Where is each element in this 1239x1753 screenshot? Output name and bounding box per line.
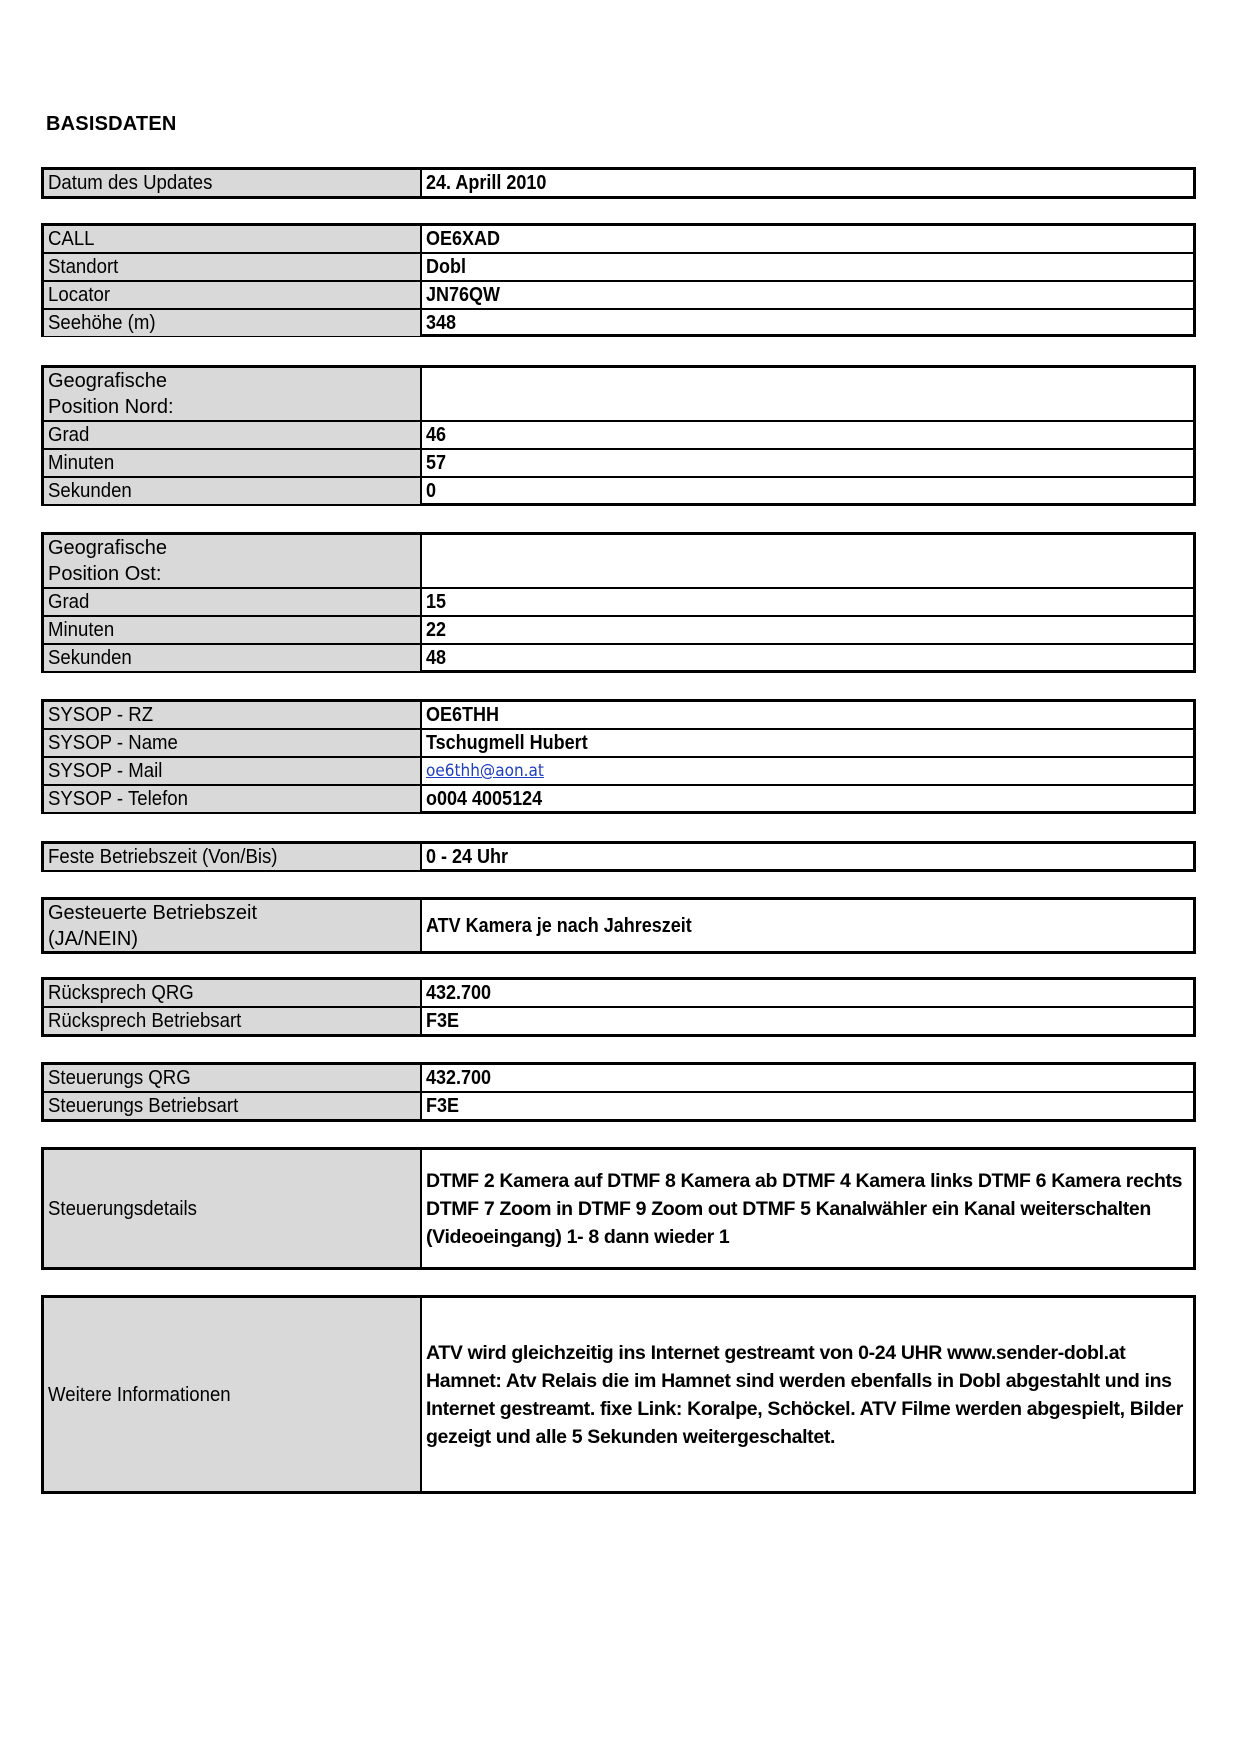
row-value: JN76QW <box>422 282 1193 308</box>
table-row: SYSOP - Name Tschugmell Hubert <box>44 728 1193 756</box>
table-row: Geografische Position Ost: <box>44 535 1193 587</box>
row-label: Steuerungs Betriebsart <box>44 1093 422 1119</box>
row-value: 46 <box>422 422 1193 448</box>
row-value: OE6THH <box>422 702 1193 728</box>
row-value: Tschugmell Hubert <box>422 730 1193 756</box>
row-value: F3E <box>422 1008 1193 1034</box>
row-label: Datum des Updates <box>44 170 422 196</box>
row-value: 48 <box>422 645 1193 671</box>
row-label: Minuten <box>44 450 422 476</box>
table-row: Sekunden 0 <box>44 476 1193 504</box>
row-value: Dobl <box>422 254 1193 280</box>
feste-betriebszeit-table: Feste Betriebszeit (Von/Bis) 0 - 24 Uhr <box>41 841 1196 872</box>
row-label: Gesteuerte Betriebszeit (JA/NEIN) <box>44 900 422 951</box>
row-label: Weitere Informationen <box>44 1298 422 1491</box>
row-label: SYSOP - Name <box>44 730 422 756</box>
table-row: Steuerungs Betriebsart F3E <box>44 1091 1193 1119</box>
position-ost-table: Geografische Position Ost: Grad 15 Minut… <box>41 532 1196 673</box>
row-value: oe6thh@aon.at <box>422 758 1193 784</box>
row-label: Feste Betriebszeit (Von/Bis) <box>44 844 422 870</box>
row-value: 432.700 <box>422 980 1193 1006</box>
row-value <box>422 535 1193 587</box>
row-value: ATV Kamera je nach Jahreszeit <box>422 900 1193 951</box>
page-heading: BASISDATEN <box>46 113 177 136</box>
table-row: Seehöhe (m) 348 <box>44 308 1193 336</box>
row-value: o004 4005124 <box>422 786 1193 812</box>
table-row: SYSOP - Mail oe6thh@aon.at <box>44 756 1193 784</box>
table-row: Rücksprech QRG 432.700 <box>44 980 1193 1006</box>
row-value: 57 <box>422 450 1193 476</box>
row-value <box>422 368 1193 420</box>
table-row: Grad 15 <box>44 587 1193 615</box>
table-row: CALL OE6XAD <box>44 226 1193 252</box>
row-label: Grad <box>44 422 422 448</box>
row-label: SYSOP - RZ <box>44 702 422 728</box>
steuerung-table: Steuerungs QRG 432.700 Steuerungs Betrie… <box>41 1062 1196 1122</box>
row-label: Seehöhe (m) <box>44 310 422 336</box>
row-label: Minuten <box>44 617 422 643</box>
row-label: Standort <box>44 254 422 280</box>
row-value: 348 <box>422 310 1193 336</box>
table-row: Gesteuerte Betriebszeit (JA/NEIN) ATV Ka… <box>44 900 1193 951</box>
row-value: 22 <box>422 617 1193 643</box>
row-value: ATV wird gleichzeitig ins Internet gestr… <box>422 1298 1193 1491</box>
row-label: Steuerungsdetails <box>44 1150 422 1267</box>
row-value: DTMF 2 Kamera auf DTMF 8 Kamera ab DTMF … <box>422 1150 1193 1267</box>
row-label: Geografische Position Ost: <box>44 535 422 587</box>
table-row: Minuten 57 <box>44 448 1193 476</box>
table-row: SYSOP - RZ OE6THH <box>44 702 1193 728</box>
weitere-informationen-table: Weitere Informationen ATV wird gleichzei… <box>41 1295 1196 1494</box>
row-value: 24. Aprill 2010 <box>422 170 1193 196</box>
email-link[interactable]: oe6thh@aon.at <box>426 758 544 784</box>
table-row: Datum des Updates 24. Aprill 2010 <box>44 170 1193 196</box>
table-row: Sekunden 48 <box>44 643 1193 671</box>
table-row: Geografische Position Nord: <box>44 368 1193 420</box>
sysop-table: SYSOP - RZ OE6THH SYSOP - Name Tschugmel… <box>41 699 1196 814</box>
table-row: Rücksprech Betriebsart F3E <box>44 1006 1193 1034</box>
row-label: Grad <box>44 589 422 615</box>
row-label: Steuerungs QRG <box>44 1065 422 1091</box>
row-label: Sekunden <box>44 645 422 671</box>
table-row: SYSOP - Telefon o004 4005124 <box>44 784 1193 812</box>
row-label: Rücksprech QRG <box>44 980 422 1006</box>
table-row: Grad 46 <box>44 420 1193 448</box>
station-table: CALL OE6XAD Standort Dobl Locator JN76QW… <box>41 223 1196 337</box>
position-nord-table: Geografische Position Nord: Grad 46 Minu… <box>41 365 1196 506</box>
table-row: Standort Dobl <box>44 252 1193 280</box>
table-row: Locator JN76QW <box>44 280 1193 308</box>
row-label: CALL <box>44 226 422 252</box>
row-value: F3E <box>422 1093 1193 1119</box>
row-value: 0 - 24 Uhr <box>422 844 1193 870</box>
update-table: Datum des Updates 24. Aprill 2010 <box>41 167 1196 199</box>
table-row: Weitere Informationen ATV wird gleichzei… <box>44 1298 1193 1491</box>
table-row: Steuerungsdetails DTMF 2 Kamera auf DTMF… <box>44 1150 1193 1267</box>
table-row: Feste Betriebszeit (Von/Bis) 0 - 24 Uhr <box>44 844 1193 870</box>
ruecksprech-table: Rücksprech QRG 432.700 Rücksprech Betrie… <box>41 977 1196 1037</box>
row-label: Sekunden <box>44 478 422 504</box>
row-value: OE6XAD <box>422 226 1193 252</box>
steuerungsdetails-table: Steuerungsdetails DTMF 2 Kamera auf DTMF… <box>41 1147 1196 1270</box>
row-label: Rücksprech Betriebsart <box>44 1008 422 1034</box>
row-value: 432.700 <box>422 1065 1193 1091</box>
row-label: SYSOP - Telefon <box>44 786 422 812</box>
row-label: SYSOP - Mail <box>44 758 422 784</box>
row-value: 15 <box>422 589 1193 615</box>
row-label: Locator <box>44 282 422 308</box>
gesteuerte-betriebszeit-table: Gesteuerte Betriebszeit (JA/NEIN) ATV Ka… <box>41 897 1196 954</box>
row-label: Geografische Position Nord: <box>44 368 422 420</box>
table-row: Steuerungs QRG 432.700 <box>44 1065 1193 1091</box>
table-row: Minuten 22 <box>44 615 1193 643</box>
row-value: 0 <box>422 478 1193 504</box>
